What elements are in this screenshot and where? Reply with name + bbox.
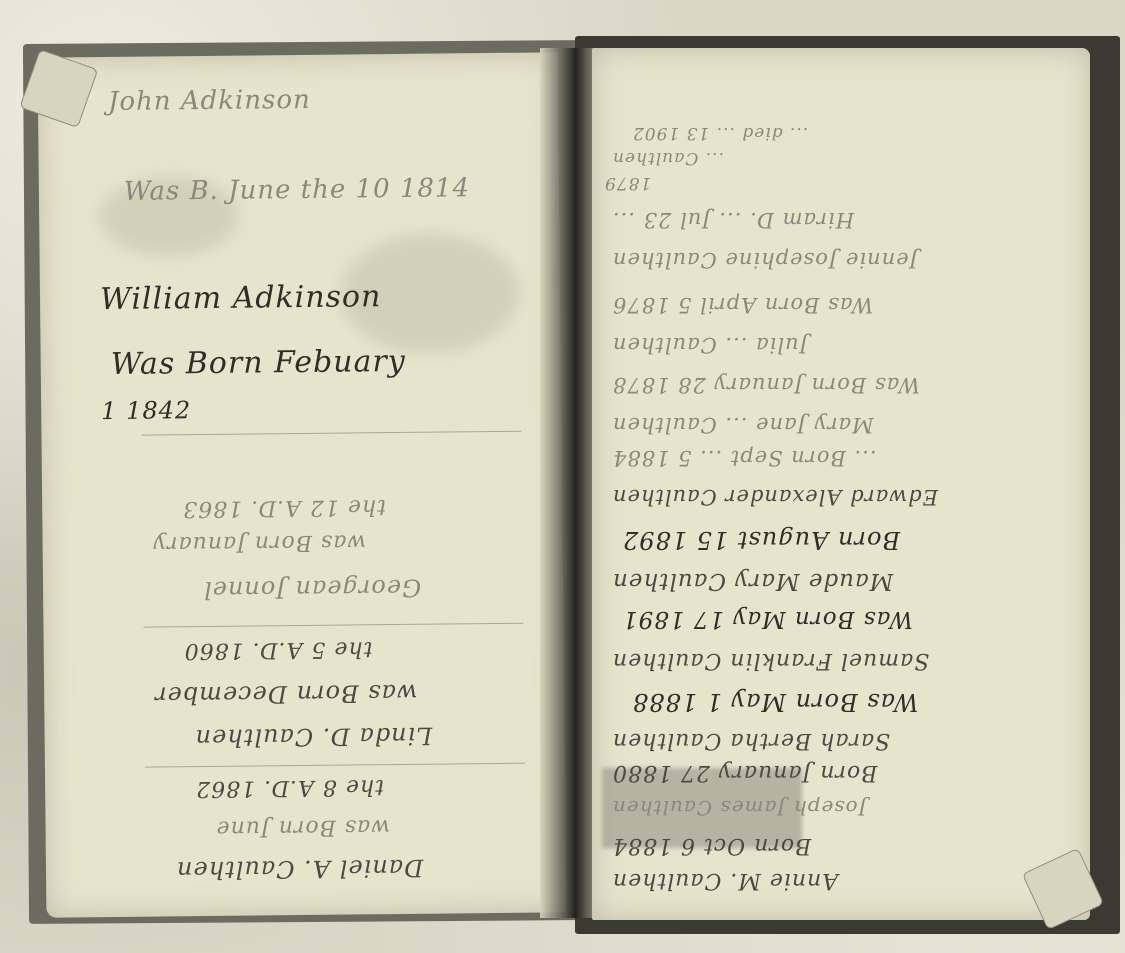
entry-line: Born January 27 1880 bbox=[612, 760, 877, 785]
ruled-line bbox=[141, 431, 521, 436]
entry-line: Was Born May 17 1891 bbox=[622, 606, 913, 632]
entry-birth: was Born June bbox=[215, 814, 390, 841]
entry-line: Edward Alexander Caulthen bbox=[612, 485, 938, 509]
right-page: ... died ... 13 1902 ... Caulthen 1879 H… bbox=[592, 48, 1090, 920]
entry-line: Born August 15 1892 bbox=[622, 526, 900, 554]
ruled-line bbox=[145, 763, 525, 768]
entry-date: the 12 A.D. 1863 bbox=[182, 494, 386, 521]
entry-line: Was Born May 1 1888 bbox=[632, 688, 919, 716]
entry-line: Maude Mary Caulthen bbox=[612, 568, 893, 594]
entry-birth: Was Born Febuary bbox=[111, 344, 406, 382]
entry-line: Jennie Josephine Caulthen bbox=[612, 248, 918, 272]
entry-line: Julia ... Caulthen bbox=[612, 333, 808, 357]
entry-name: Georgean Jonnel bbox=[203, 574, 421, 604]
entry-birth: was Born January bbox=[152, 529, 366, 556]
entry-line: ... Caulthen bbox=[612, 148, 724, 168]
entry-line: 1879 bbox=[604, 173, 651, 193]
entry-line: Hiram D. ... Jul 23 ... bbox=[612, 208, 854, 232]
entry-line: ... Born Sept ... 5 1884 bbox=[612, 446, 877, 470]
entry-name: Daniel A. Caulthen bbox=[176, 854, 424, 885]
entry-line: Was Born January 28 1878 bbox=[612, 373, 920, 397]
entry-line: Annie M. Caulthen bbox=[612, 868, 838, 893]
entry-line: Samuel Franklin Caulthen bbox=[612, 648, 929, 673]
entry-name: John Adkinson bbox=[108, 85, 311, 117]
open-record-book: John Adkinson Was B. June the 10 1814 Wi… bbox=[0, 0, 1125, 953]
entry-line: Was Born April 5 1876 bbox=[612, 293, 873, 317]
entry-year: 1 1842 bbox=[101, 396, 191, 425]
entry-line: Mary Jane ... Caulthen bbox=[612, 413, 874, 437]
entry-date: the 8 A.D. 1862 bbox=[195, 774, 384, 801]
left-page: John Adkinson Was B. June the 10 1814 Wi… bbox=[38, 52, 567, 917]
ruled-line bbox=[143, 623, 523, 628]
entry-name: Linda D. Caulthen bbox=[194, 722, 432, 752]
entry-line: ... died ... 13 1902 bbox=[632, 123, 808, 143]
entry-line: Joseph James Caulthen bbox=[612, 796, 867, 820]
entry-birth: Was B. June the 10 1814 bbox=[124, 173, 470, 207]
entry-line: Sarah Bertha Caulthen bbox=[612, 728, 890, 753]
entry-name: William Adkinson bbox=[100, 279, 382, 317]
entry-birth: was Born December bbox=[154, 679, 418, 710]
entry-line: Born Oct 6 1884 bbox=[612, 833, 811, 858]
entry-date: the 5 A.D. 1860 bbox=[184, 636, 373, 663]
